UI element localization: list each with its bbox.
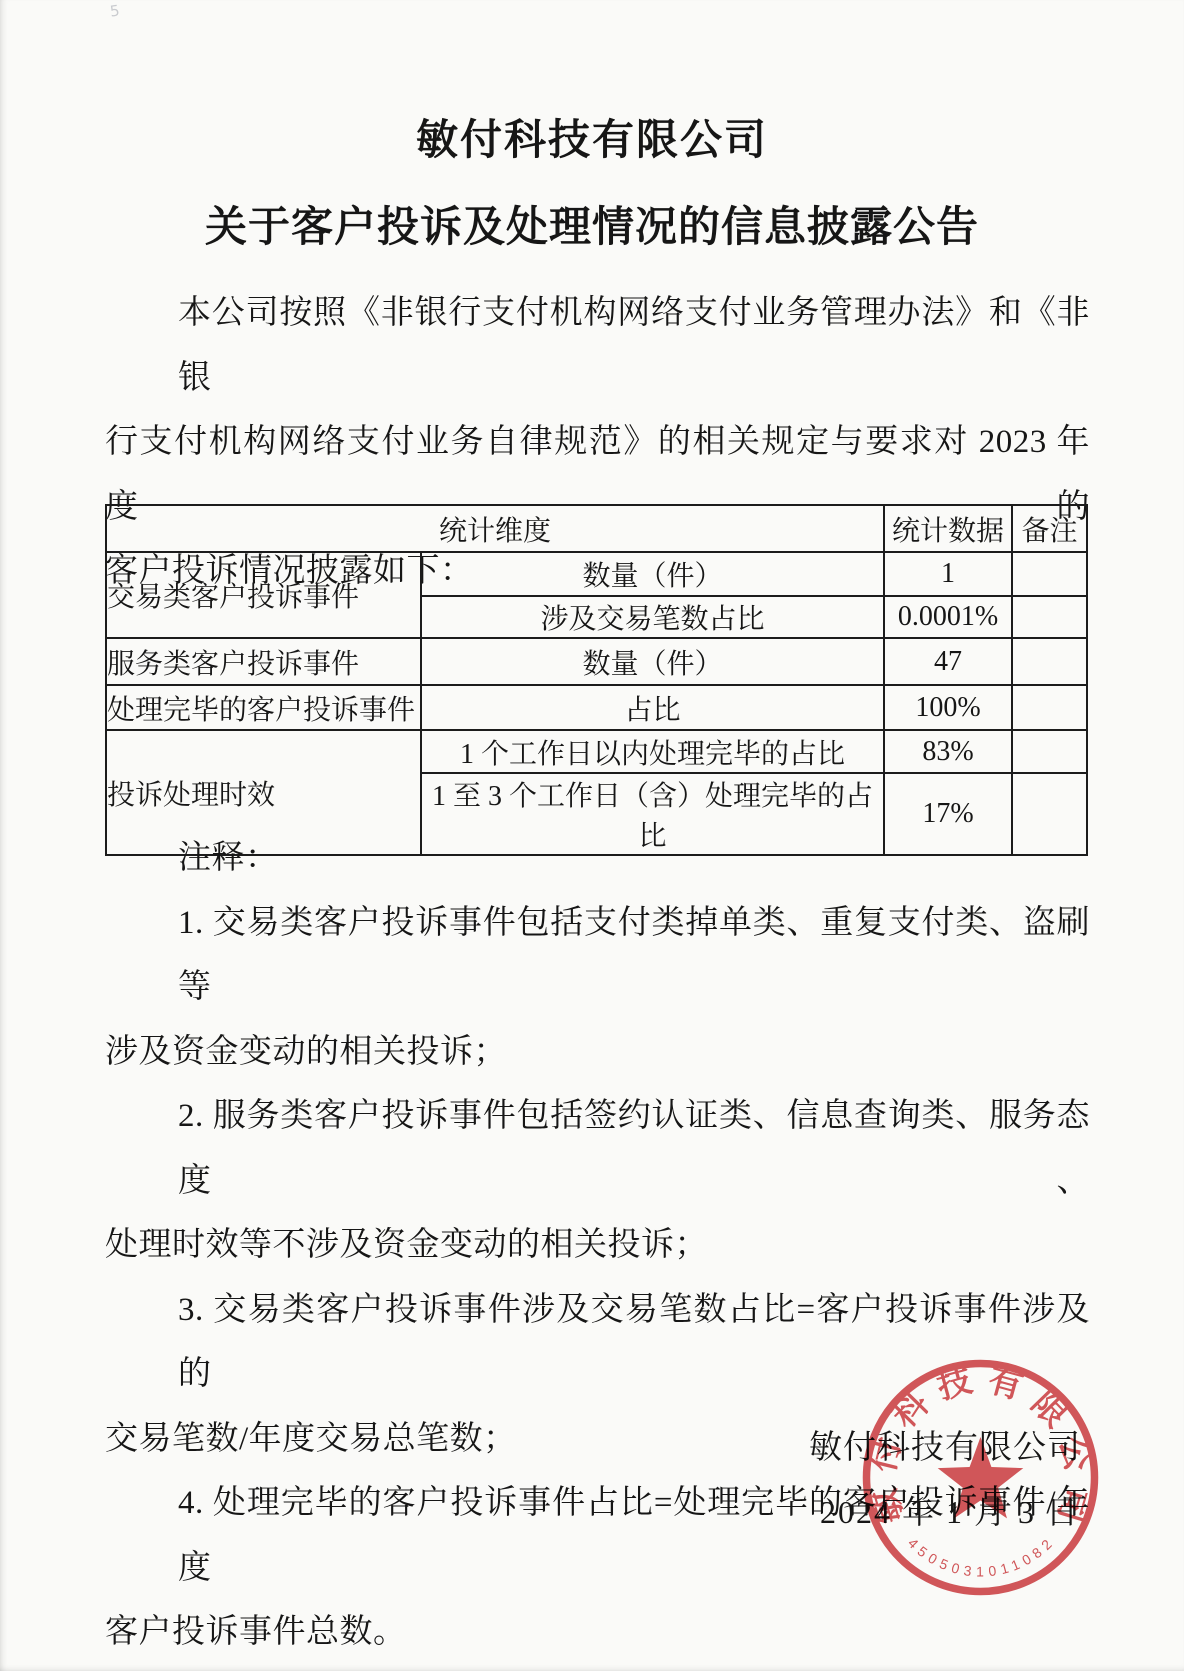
metric-cell: 1 个工作日以内处理完毕的占比 (421, 730, 884, 773)
table-row: 服务类客户投诉事件 数量（件） 47 (106, 638, 1087, 685)
category-cell: 服务类客户投诉事件 (106, 638, 421, 685)
note-line: 涉及资金变动的相关投诉； (105, 1020, 1090, 1085)
value-cell: 47 (884, 638, 1012, 685)
note-cell (1012, 638, 1087, 685)
value-cell: 100% (884, 685, 1012, 730)
company-title: 敏付科技有限公司 (0, 112, 1184, 168)
metric-cell: 数量（件） (421, 552, 884, 596)
table-header-dimension: 统计维度 (106, 505, 884, 552)
note-line: 1. 交易类客户投诉事件包括支付类掉单类、重复支付类、盗刷等 (105, 891, 1090, 1020)
note-cell (1012, 685, 1087, 730)
table-header-note: 备注 (1012, 505, 1087, 552)
note-cell (1012, 596, 1087, 638)
table-header-data: 统计数据 (884, 505, 1012, 552)
svg-text:4505031011082: 4505031011082 (905, 1535, 1056, 1580)
document-page: 5 敏付科技有限公司 关于客户投诉及处理情况的信息披露公告 本公司按照《非银行支… (0, 0, 1184, 1671)
table-row: 处理完毕的客户投诉事件 占比 100% (106, 685, 1087, 730)
announcement-title: 关于客户投诉及处理情况的信息披露公告 (0, 199, 1184, 255)
table-row: 交易类客户投诉事件 数量（件） 1 (106, 552, 1087, 596)
note-line: 客户投诉事件总数。 (105, 1600, 1090, 1665)
value-cell: 83% (884, 730, 1012, 773)
scan-artifact: 5 (109, 1, 121, 20)
seal-serial-number: 4505031011082 (905, 1535, 1056, 1580)
company-seal-stamp: 敏付科技有限公司 4505031011082 (859, 1356, 1102, 1599)
notes-label: 注释： (105, 826, 1090, 891)
note-cell (1012, 730, 1087, 773)
metric-cell: 占比 (421, 685, 884, 730)
value-cell: 0.0001% (884, 596, 1012, 638)
category-cell: 交易类客户投诉事件 (106, 552, 421, 638)
metric-cell: 涉及交易笔数占比 (421, 596, 884, 638)
metric-cell: 数量（件） (421, 638, 884, 685)
note-line: 处理时效等不涉及资金变动的相关投诉； (105, 1213, 1090, 1278)
note-cell (1012, 552, 1087, 596)
intro-line: 本公司按照《非银行支付机构网络支付业务管理办法》和《非银 (105, 281, 1090, 410)
value-cell: 1 (884, 552, 1012, 596)
seal-graphic: 敏付科技有限公司 4505031011082 (859, 1356, 1102, 1599)
seal-star-icon (938, 1437, 1024, 1518)
note-line: 2. 服务类客户投诉事件包括签约认证类、信息查询类、服务态度、 (105, 1084, 1090, 1213)
table-row: 投诉处理时效 1 个工作日以内处理完毕的占比 83% (106, 730, 1087, 773)
table-header-row: 统计维度 统计数据 备注 (106, 505, 1087, 552)
complaint-stats-table: 统计维度 统计数据 备注 交易类客户投诉事件 数量（件） 1 涉及交易笔数占比 … (105, 504, 1088, 856)
category-cell: 处理完毕的客户投诉事件 (106, 685, 421, 730)
